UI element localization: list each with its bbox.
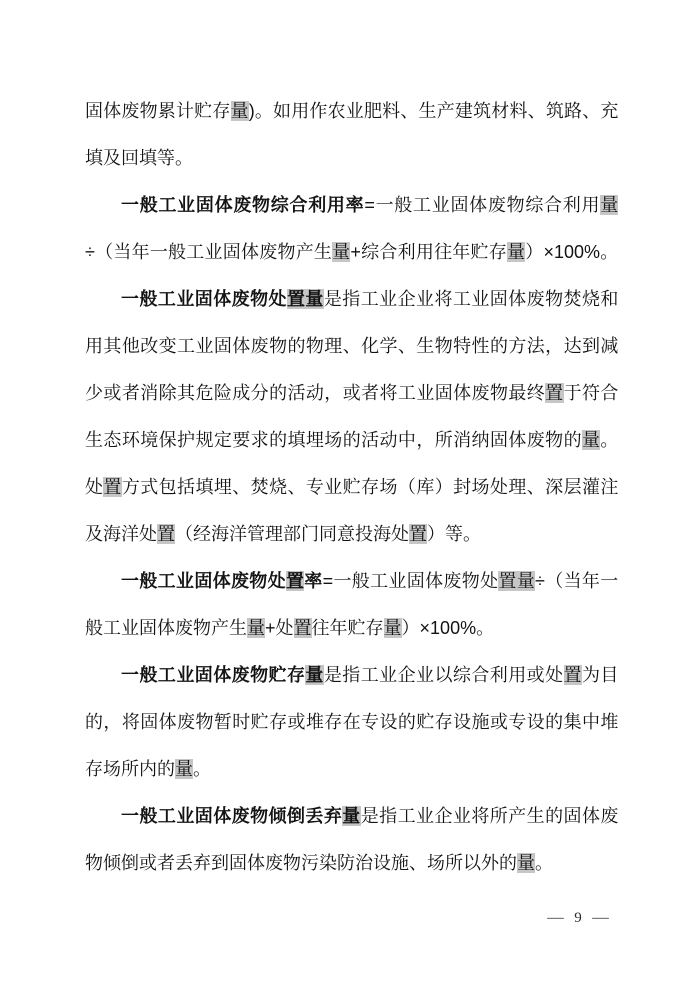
text-segment: 少或者消除其危险成分的活动，或者将工业固体废物最终置于符合	[85, 383, 618, 403]
text-segment: 用其他改变工业固体废物的物理、化学、生物特性的方法，达到减	[85, 336, 618, 356]
text-line: 一般工业固体废物综合利用率=一般工业固体废物综合利用量	[85, 182, 618, 229]
document-page: 固体废物累计贮存量)。如用作农业肥料、生产建筑材料、筑路、充填及回填等。一般工业…	[0, 0, 700, 990]
text-line: 生态环境保护规定要求的填埋场的活动中，所消纳固体废物的量。	[85, 417, 618, 464]
text-line: 一般工业固体废物处置量是指工业企业将工业固体废物焚烧和	[85, 276, 618, 323]
shaded-character: 置	[498, 571, 516, 591]
text-segment: 及海洋处置（经海洋管理部门同意投海处置）等。	[85, 524, 481, 544]
shaded-character: 量	[247, 618, 265, 638]
text-segment: 存场所内的量。	[85, 759, 211, 779]
shaded-character: 置	[287, 289, 305, 309]
text-segment: 处置方式包括填埋、焚烧、专业贮存场（库）封场处理、深层灌注	[85, 477, 618, 497]
term-heading: 一般工业固体废物综合利用率	[121, 195, 364, 215]
shaded-character: 置	[409, 524, 427, 544]
shaded-character: 置	[286, 571, 304, 591]
shaded-character: 量	[600, 195, 618, 215]
shaded-character: 量	[384, 618, 402, 638]
text-line: 一般工业固体废物倾倒丢弃量是指工业企业将所产生的固体废	[85, 793, 618, 840]
shaded-character: 量	[231, 101, 249, 121]
text-segment: ÷（当年一般工业固体废物产生量+综合利用往年贮存量）×100%。	[85, 242, 618, 262]
shaded-character: 量	[342, 806, 360, 826]
shaded-character: 量	[582, 430, 600, 450]
text-line: 一般工业固体废物贮存量是指工业企业以综合利用或处置为目	[85, 652, 618, 699]
text-line: 的，将固体废物暂时贮存或堆存在专设的贮存设施或专设的集中堆	[85, 699, 618, 746]
shaded-character: 置	[294, 618, 312, 638]
shaded-character: 置	[157, 524, 175, 544]
text-line: 填及回填等。	[85, 135, 618, 182]
text-segment: 是指工业企业以综合利用或处置为目	[324, 665, 619, 685]
page-number: 9	[574, 910, 582, 927]
text-line: 及海洋处置（经海洋管理部门同意投海处置）等。	[85, 511, 618, 558]
text-line: 物倾倒或者丢弃到固体废物污染防治设施、场所以外的量。	[85, 840, 618, 887]
text-segment: 生态环境保护规定要求的填埋场的活动中，所消纳固体废物的量。	[85, 430, 618, 450]
text-block: 固体废物累计贮存量)。如用作农业肥料、生产建筑材料、筑路、充填及回填等。一般工业…	[85, 88, 618, 887]
text-segment: 般工业固体废物产生量+处置往年贮存量）×100%。	[85, 618, 494, 638]
shaded-character: 量	[175, 759, 193, 779]
shaded-character: 量	[517, 571, 535, 591]
text-line: 固体废物累计贮存量)。如用作农业肥料、生产建筑材料、筑路、充	[85, 88, 618, 135]
term-heading: 一般工业固体废物处置率	[121, 571, 323, 591]
text-segment: 是指工业企业将所产生的固体废	[361, 806, 619, 826]
shaded-character: 量	[305, 289, 323, 309]
text-line: 存场所内的量。	[85, 746, 618, 793]
term-heading: 一般工业固体废物倾倒丢弃量	[121, 806, 361, 826]
shaded-character: 量	[517, 853, 535, 873]
text-segment: 物倾倒或者丢弃到固体废物污染防治设施、场所以外的量。	[85, 853, 553, 873]
page-footer: — 9 —	[533, 906, 623, 930]
shaded-character: 量	[332, 242, 350, 262]
footer-dash-right: —	[592, 910, 609, 927]
term-heading: 一般工业固体废物处置量	[121, 289, 324, 309]
text-line: 处置方式包括填埋、焚烧、专业贮存场（库）封场处理、深层灌注	[85, 464, 618, 511]
text-line: 用其他改变工业固体废物的物理、化学、生物特性的方法，达到减	[85, 323, 618, 370]
text-line: ÷（当年一般工业固体废物产生量+综合利用往年贮存量）×100%。	[85, 229, 618, 276]
text-segment: 填及回填等。	[85, 148, 193, 168]
shaded-character: 置	[564, 665, 582, 685]
shaded-character: 置	[545, 383, 563, 403]
text-line: 少或者消除其危险成分的活动，或者将工业固体废物最终置于符合	[85, 370, 618, 417]
shaded-character: 量	[507, 242, 525, 262]
text-segment: =一般工业固体废物综合利用量	[364, 195, 618, 215]
term-heading: 一般工业固体废物贮存量	[121, 665, 324, 685]
footer-dash-left: —	[548, 910, 565, 927]
shaded-character: 量	[305, 665, 323, 685]
shaded-character: 置	[103, 477, 121, 497]
text-segment: 是指工业企业将工业固体废物焚烧和	[324, 289, 619, 309]
text-line: 一般工业固体废物处置率=一般工业固体废物处置量÷（当年一	[85, 558, 618, 605]
text-segment: =一般工业固体废物处置量÷（当年一	[323, 571, 619, 591]
text-segment: 固体废物累计贮存量)。如用作农业肥料、生产建筑材料、筑路、充	[85, 101, 618, 121]
text-segment: 的，将固体废物暂时贮存或堆存在专设的贮存设施或专设的集中堆	[85, 712, 618, 732]
text-line: 般工业固体废物产生量+处置往年贮存量）×100%。	[85, 605, 618, 652]
